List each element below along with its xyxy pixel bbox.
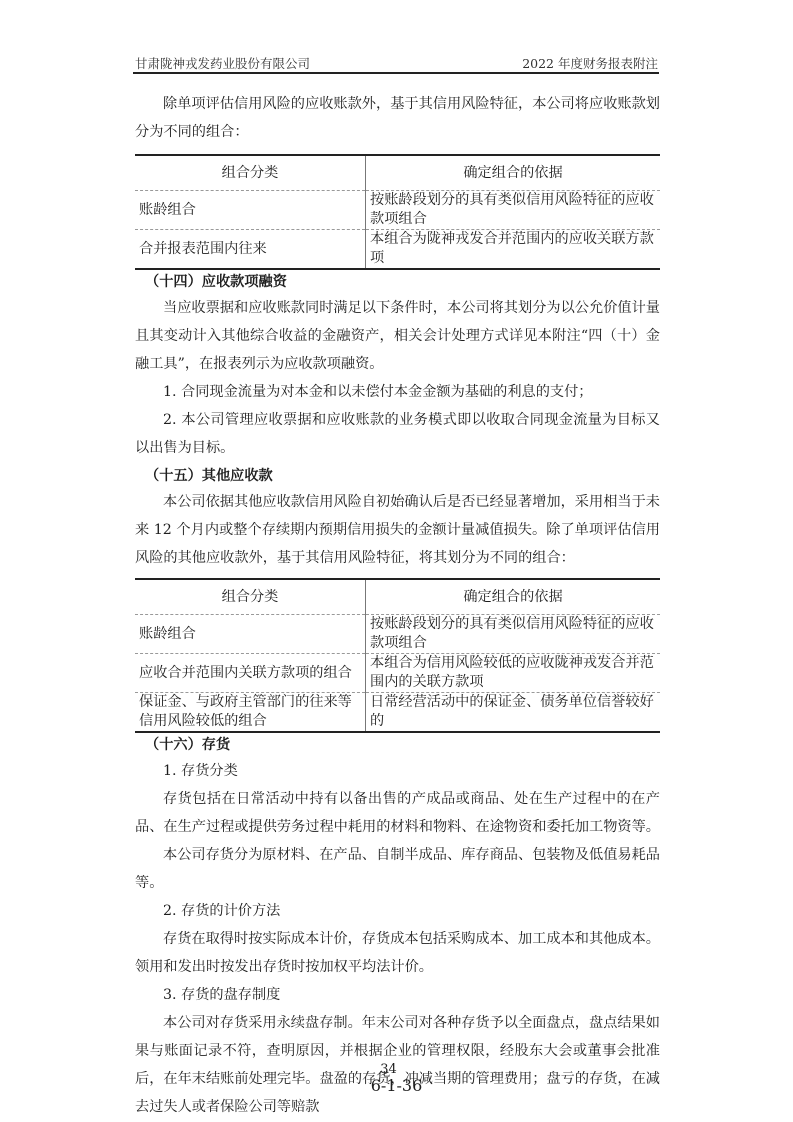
table-header-cell: 确定组合的依据 — [366, 579, 661, 615]
company-name: 甘肃陇神戎发药业股份有限公司 — [135, 54, 310, 72]
section-paragraph: 本公司依据其他应收款信用风险自初始确认后是否已经显著增加，采用相当于未来 12 … — [135, 488, 660, 572]
table-row: 合并报表范围内往来 本组合为陇神戎发合并范围内的应收关联方款项 — [135, 230, 660, 270]
table-header-cell: 组合分类 — [135, 579, 366, 615]
receivables-portfolio-table: 组合分类 确定组合的依据 账龄组合 按账龄段划分的具有类似信用风险特征的应收款项… — [135, 154, 660, 270]
document-body: 除单项评估信用风险的应收账款外，基于其信用风险特征，本公司将应收账款划分为不同的… — [135, 84, 660, 1121]
table-header-row: 组合分类 确定组合的依据 — [135, 155, 660, 191]
table-cell: 账龄组合 — [135, 191, 366, 230]
subsection-title: 2. 存货的计价方法 — [135, 897, 660, 925]
table-cell: 本组合为陇神戎发合并范围内的应收关联方款项 — [366, 230, 661, 270]
section-heading: （十五）其他应收款 — [135, 464, 660, 488]
table-cell: 按账龄段划分的具有类似信用风险特征的应收款项组合 — [366, 191, 661, 230]
table-row: 账龄组合 按账龄段划分的具有类似信用风险特征的应收款项组合 — [135, 615, 660, 654]
page-number: 34 — [0, 1062, 785, 1077]
other-receivables-table: 组合分类 确定组合的依据 账龄组合 按账龄段划分的具有类似信用风险特征的应收款项… — [135, 578, 660, 733]
section-paragraph: 存货包括在日常活动中持有以备出售的产成品或商品、处在生产过程中的在产品、在生产过… — [135, 785, 660, 841]
table-row: 账龄组合 按账龄段划分的具有类似信用风险特征的应收款项组合 — [135, 191, 660, 230]
table-cell: 本组合为信用风险较低的应收陇神戎发合并范围内的关联方款项 — [366, 654, 661, 693]
table-header-cell: 组合分类 — [135, 155, 366, 191]
table-cell: 按账龄段划分的具有类似信用风险特征的应收款项组合 — [366, 615, 661, 654]
section-paragraph: 存货在取得时按实际成本计价，存货成本包括采购成本、加工成本和其他成本。领用和发出… — [135, 925, 660, 981]
table-cell: 日常经营活动中的保证金、债务单位信誉较好的 — [366, 693, 661, 733]
section-heading: （十四）应收款项融资 — [135, 270, 660, 294]
page-header: 甘肃陇神戎发药业股份有限公司 2022 年度财务报表附注 — [135, 50, 658, 72]
header-divider — [133, 72, 659, 74]
section-heading: （十六）存货 — [135, 733, 660, 757]
section-paragraph: 当应收票据和应收账款同时满足以下条件时，本公司将其划分为以公允价值计量且其变动计… — [135, 294, 660, 378]
document-page-code: 6-1-36 — [0, 1076, 793, 1095]
table-header-row: 组合分类 确定组合的依据 — [135, 579, 660, 615]
subsection-title: 3. 存货的盘存制度 — [135, 981, 660, 1009]
section-paragraph: 本公司存货分为原材料、在产品、自制半成品、库存商品、包装物及低值易耗品等。 — [135, 841, 660, 897]
report-title: 2022 年度财务报表附注 — [522, 54, 658, 72]
table-cell: 保证金、与政府主管部门的往来等信用风险较低的组合 — [135, 693, 366, 733]
table-row: 保证金、与政府主管部门的往来等信用风险较低的组合 日常经营活动中的保证金、债务单… — [135, 693, 660, 733]
subsection-title: 1. 存货分类 — [135, 757, 660, 785]
list-item: 2. 本公司管理应收票据和应收账款的业务模式即以收取合同现金流量为目标又以出售为… — [135, 406, 660, 462]
table-header-cell: 确定组合的依据 — [366, 155, 661, 191]
intro-paragraph: 除单项评估信用风险的应收账款外，基于其信用风险特征，本公司将应收账款划分为不同的… — [135, 90, 660, 146]
table-row: 应收合并范围内关联方款项的组合 本组合为信用风险较低的应收陇神戎发合并范围内的关… — [135, 654, 660, 693]
table-cell: 应收合并范围内关联方款项的组合 — [135, 654, 366, 693]
list-item: 1. 合同现金流量为对本金和以未偿付本金金额为基础的利息的支付； — [135, 378, 660, 406]
table-cell: 账龄组合 — [135, 615, 366, 654]
table-cell: 合并报表范围内往来 — [135, 230, 366, 270]
